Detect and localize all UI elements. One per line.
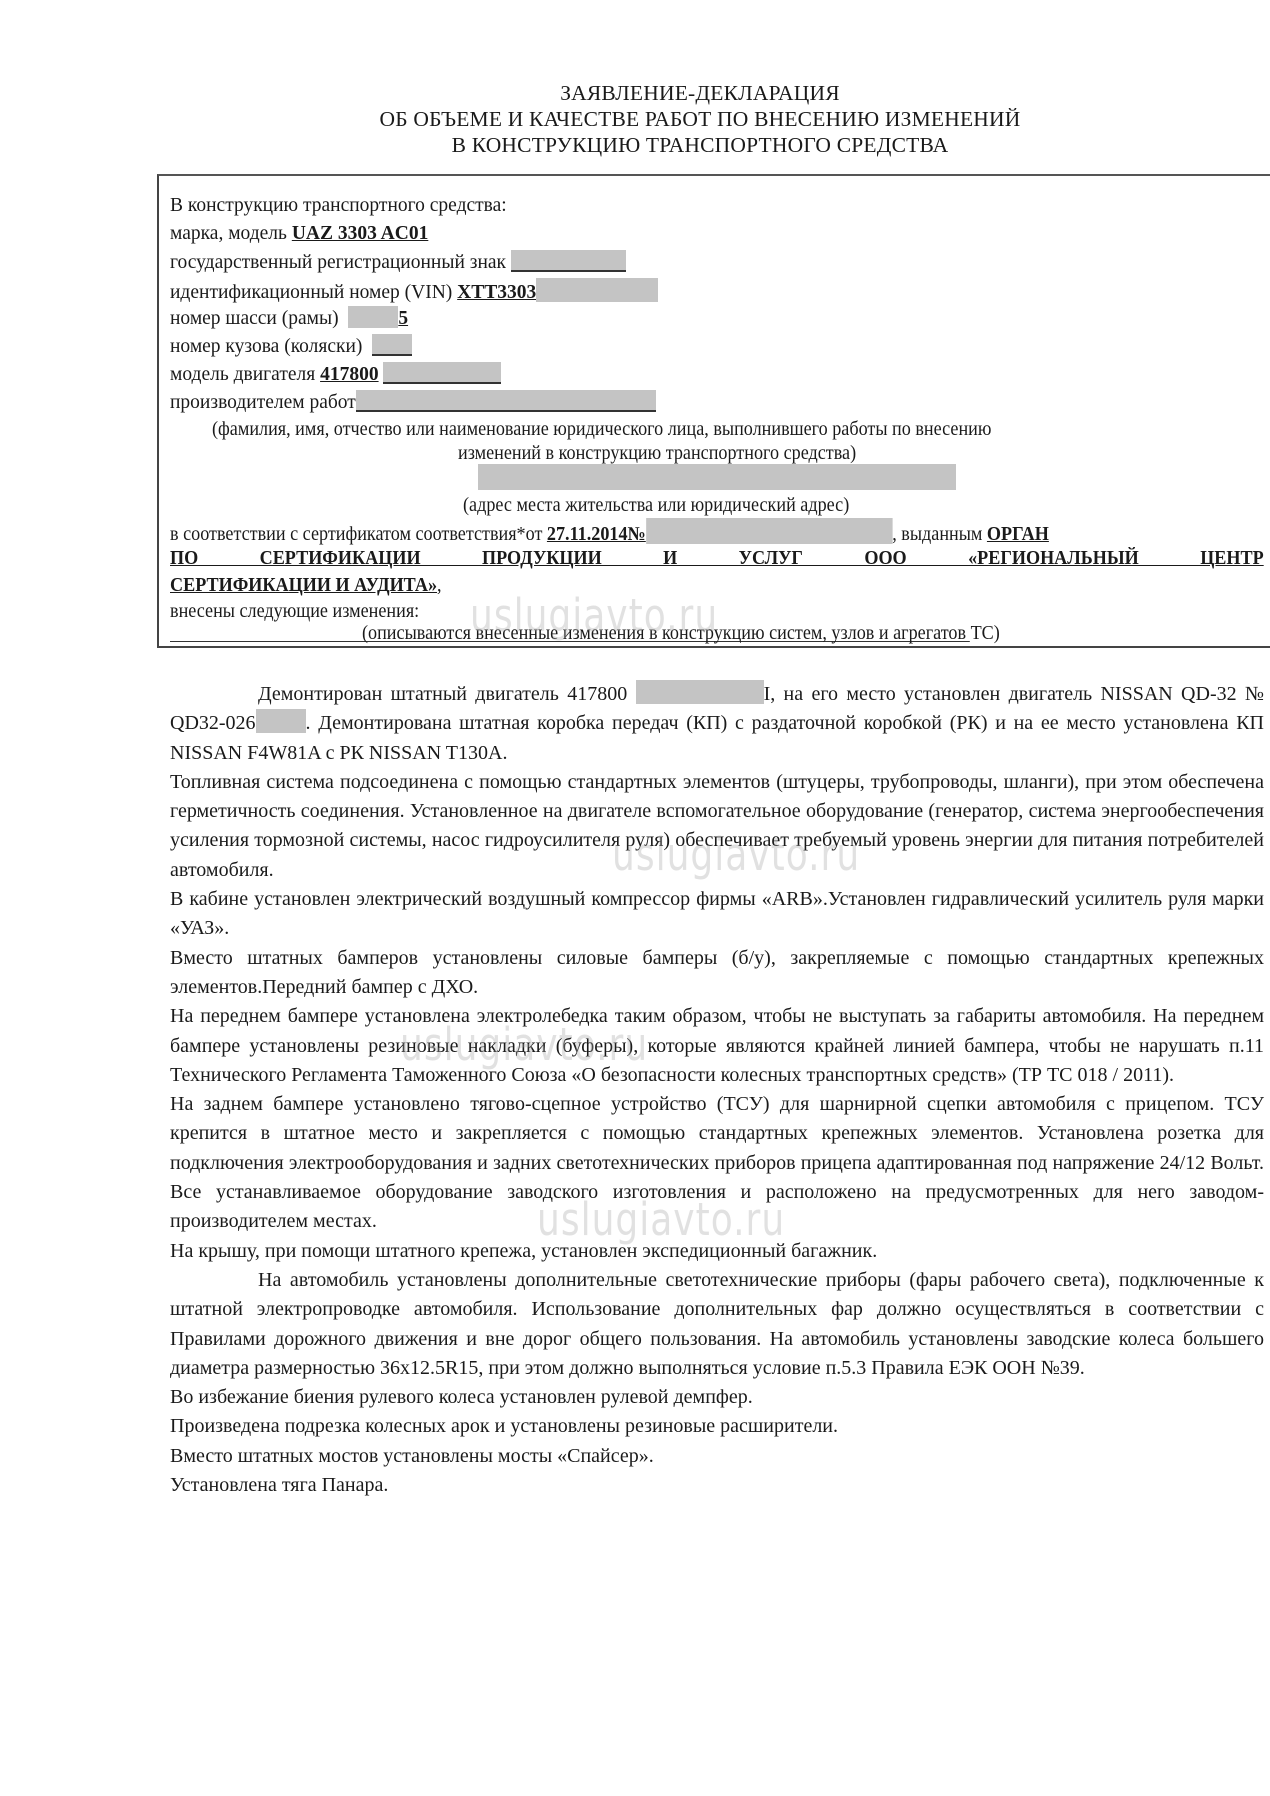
producer-label: производителем работ xyxy=(170,392,356,413)
chassis-value-tail: 5 xyxy=(398,308,408,329)
engine-value: 417800 xyxy=(320,364,379,385)
body-number-row: номер кузова (коляски) xyxy=(170,334,412,359)
paragraph-roof-rack: На крышу, при помощи штатного крепежа, у… xyxy=(170,1237,1264,1266)
body-number-redacted xyxy=(372,334,412,356)
make-model-value: UAZ 3303 AC01 xyxy=(292,223,429,244)
body-number-label: номер кузова (коляски) xyxy=(170,336,362,357)
title-line-2: ОБ ОБЪЕМЕ И КАЧЕСТВЕ РАБОТ ПО ВНЕСЕНИЮ И… xyxy=(300,106,1100,132)
make-model-row: марка, модель UAZ 3303 AC01 xyxy=(170,222,428,246)
vin-value: XTT3303 xyxy=(457,282,536,303)
new-engine-number-redacted xyxy=(256,709,306,733)
reg-plate-label: государственный регистрационный знак xyxy=(170,252,506,273)
changes-label: внесены следующие изменения: xyxy=(170,601,419,622)
title-line-3: В КОНСТРУКЦИЮ ТРАНСПОРТНОГО СРЕДСТВА xyxy=(300,132,1100,158)
title-line-1: ЗАЯВЛЕНИЕ-ДЕКЛАРАЦИЯ xyxy=(300,80,1100,106)
address-note: (адрес места жительства или юридический … xyxy=(463,494,849,518)
engine-label: модель двигателя xyxy=(170,364,315,385)
issuer-part-1: ОРГАН xyxy=(987,524,1049,545)
certificate-date: 27.11.2014 xyxy=(547,524,628,545)
issued-by-label: , выданным xyxy=(892,524,982,545)
paragraph-panhard-rod: Установлена тяга Панара. xyxy=(170,1471,1264,1500)
paragraph-wheel-arches: Произведена подрезка колесных арок и уст… xyxy=(170,1412,1264,1441)
paragraph-lights-wheels: На автомобиль установлены дополнительные… xyxy=(170,1266,1264,1383)
gearbox-replacement-text: . Демонтирована штатная коробка передач … xyxy=(170,712,1264,763)
paragraph-axles: Вместо штатных мостов установлены мосты … xyxy=(170,1442,1264,1471)
engine-row: модель двигателя 417800 xyxy=(170,362,501,387)
engine-redacted xyxy=(383,362,501,384)
certificate-row: в соответствии с сертификатом соответств… xyxy=(170,518,1264,548)
certificate-prefix: в соответствии с сертификатом соответств… xyxy=(170,524,542,545)
paragraph-towbar: На заднем бампере установлено тягово-сце… xyxy=(170,1090,1264,1236)
reg-plate-redacted xyxy=(511,250,626,272)
producer-note-line-2: изменений в конструкцию транспортного ср… xyxy=(458,442,856,466)
make-model-label: марка, модель xyxy=(170,223,287,244)
issuer-line-2: ПО СЕРТИФИКАЦИИ ПРОДУКЦИИ И УСЛУГ ООО «Р… xyxy=(170,545,1264,572)
chassis-redacted xyxy=(348,306,398,328)
chassis-row: номер шасси (рамы) 5 xyxy=(170,306,408,331)
certificate-number-sign: № xyxy=(628,524,646,545)
document-title: ЗАЯВЛЕНИЕ-ДЕКЛАРАЦИЯ ОБ ОБЪЕМЕ И КАЧЕСТВ… xyxy=(300,80,1100,158)
vin-redacted xyxy=(536,278,658,302)
vin-row: идентификационный номер (VIN) XTT3303 xyxy=(170,278,658,305)
paragraph-compressor: В кабине установлен электрический воздуш… xyxy=(170,885,1264,944)
paragraph-fuel-system: Топливная система подсоединена с помощью… xyxy=(170,768,1264,885)
paragraph-steering-damper: Во избежание биения рулевого колеса уста… xyxy=(170,1383,1264,1412)
paragraph-winch: На переднем бампере установлена электрол… xyxy=(170,1002,1264,1090)
paragraph-engine-replacement: Демонтирован штатный двигатель 417800 I,… xyxy=(170,680,1264,768)
engine-number-redacted xyxy=(636,680,764,704)
vin-label: идентификационный номер (VIN) xyxy=(170,282,452,303)
producer-note-line-1: (фамилия, имя, отчество или наименование… xyxy=(212,418,991,442)
issuer-trailing-comma: , xyxy=(437,575,442,596)
chassis-label: номер шасси (рамы) xyxy=(170,308,339,329)
changes-note: (описываются внесенные изменения в конст… xyxy=(362,622,1000,646)
producer-redacted xyxy=(356,390,656,412)
reg-plate-row: государственный регистрационный знак xyxy=(170,250,626,275)
issuer-line-3-row: СЕРТИФИКАЦИИ И АУДИТА», xyxy=(170,572,1187,599)
vehicle-intro: В конструкцию транспортного средства: xyxy=(170,194,507,218)
engine-removed-text: Демонтирован штатный двигатель 417800 xyxy=(258,683,627,705)
producer-row: производителем работ xyxy=(170,390,656,415)
issuer-line-3: СЕРТИФИКАЦИИ И АУДИТА» xyxy=(170,575,437,596)
changes-description: Демонтирован штатный двигатель 417800 I,… xyxy=(170,680,1264,1500)
paragraph-bumpers: Вместо штатных бамперов установлены сило… xyxy=(170,944,1264,1003)
certificate-number-redacted xyxy=(646,518,892,544)
address-redacted xyxy=(478,464,956,490)
